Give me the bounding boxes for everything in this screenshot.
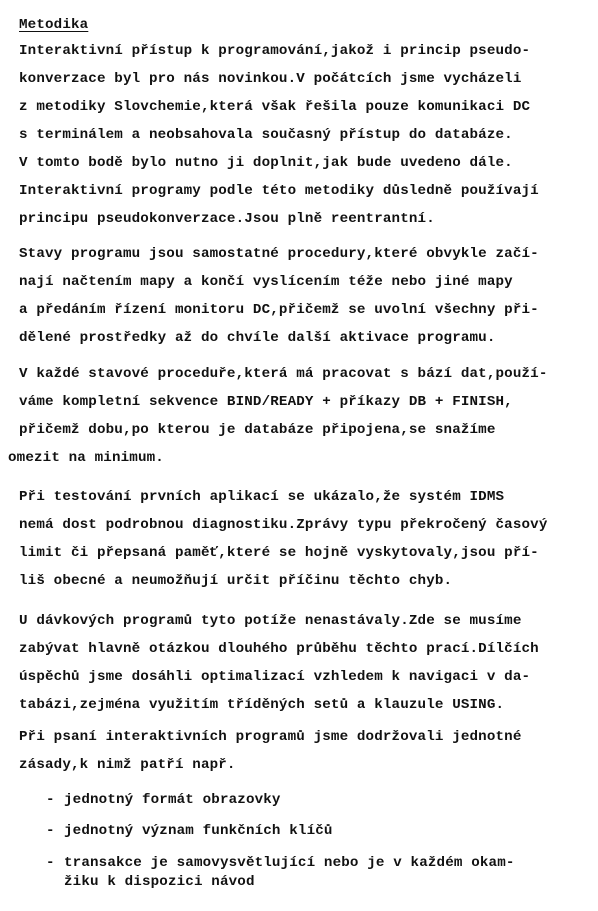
text-line: liš obecné a neumožňují určit příčinu tě… — [19, 572, 452, 590]
text-line: přičemž dobu,po kterou je databáze připo… — [19, 421, 496, 439]
text-line: V každé stavové proceduře,která má praco… — [19, 365, 548, 383]
text-line: omezit na minimum. — [8, 449, 164, 467]
text-line: dělené prostředky až do chvíle další akt… — [19, 329, 496, 347]
text-line: Interaktivní přístup k programování,jako… — [19, 42, 530, 60]
section-heading: Metodika — [19, 16, 88, 34]
text-line: limit či přepsaná paměť,které se hojně v… — [19, 544, 539, 562]
list-item-text: jednotný formát obrazovky — [64, 791, 281, 809]
text-line: z metodiky Slovchemie,která však řešila … — [19, 98, 530, 116]
text-line: konverzace byl pro nás novinkou.V počátc… — [19, 70, 522, 88]
text-line: V tomto bodě bylo nutno ji doplnit,jak b… — [19, 154, 513, 172]
text-line: tabázi,zejména využitím tříděných setů a… — [19, 696, 504, 714]
text-line: zabývat hlavně otázkou dlouhého průběhu … — [19, 640, 539, 658]
bullet-dash: - — [46, 791, 55, 809]
text-line: nemá dost podrobnou diagnostiku.Zprávy t… — [19, 516, 548, 534]
typewritten-page: Metodika Interaktivní přístup k programo… — [0, 0, 598, 911]
bullet-dash: - — [46, 822, 55, 840]
text-line: nají načtením mapy a končí vyslícením té… — [19, 273, 513, 291]
text-line: Interaktivní programy podle této metodik… — [19, 182, 539, 200]
text-line: principu pseudokonverzace.Jsou plně reen… — [19, 210, 435, 228]
bullet-dash: - — [46, 854, 55, 872]
text-line: a předáním řízení monitoru DC,přičemž se… — [19, 301, 539, 319]
list-item-text: žiku k dispozici návod — [64, 873, 255, 891]
text-line: U dávkových programů tyto potíže nenastá… — [19, 612, 522, 630]
list-item-text: jednotný význam funkčních klíčů — [64, 822, 333, 840]
text-line: Při testování prvních aplikací se ukázal… — [19, 488, 504, 506]
text-line: s terminálem a neobsahovala současný pří… — [19, 126, 513, 144]
text-line: Při psaní interaktivních programů jsme d… — [19, 728, 522, 746]
text-line: Stavy programu jsou samostatné procedury… — [19, 245, 539, 263]
list-item-text: transakce je samovysvětlující nebo je v … — [64, 854, 515, 872]
text-line: úspěchů jsme dosáhli optimalizací vzhled… — [19, 668, 530, 686]
text-line: zásady,k nimž patří např. — [19, 756, 236, 774]
text-line: váme kompletní sekvence BIND/READY + pří… — [19, 393, 513, 411]
